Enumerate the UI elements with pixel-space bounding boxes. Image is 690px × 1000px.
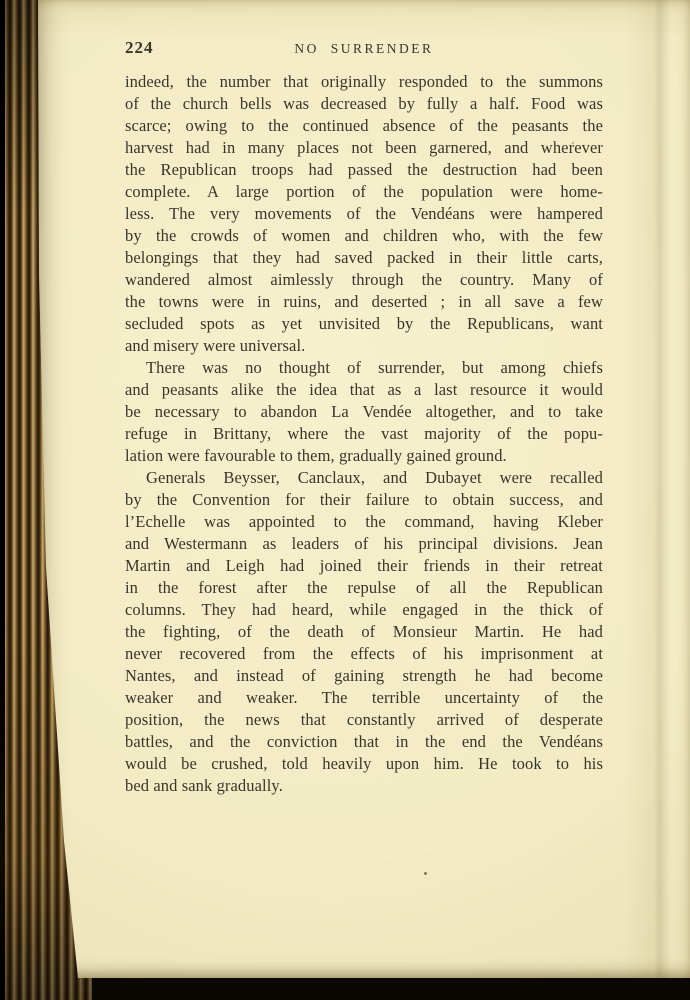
text-line: indeed, the number that originally respo… — [125, 71, 603, 93]
text-line: and misery were universal. — [125, 335, 603, 357]
text-line: and peasants alike the idea that as a la… — [125, 379, 603, 401]
text-line: would be crushed, told heavily upon him.… — [125, 753, 603, 775]
text-line: l’Echelle was appointed to the command, … — [125, 511, 603, 533]
text-line: scarce; owing to the continued absence o… — [125, 115, 603, 137]
text-line: never recovered from the effects of his … — [125, 643, 603, 665]
text-line: the Republican troops had passed the des… — [125, 159, 603, 181]
text-line: by the crowds of women and children who,… — [125, 225, 603, 247]
text-line: in the forest after the repulse of all t… — [125, 577, 603, 599]
text-line: and Westermann as leaders of his princip… — [125, 533, 603, 555]
text-line: battles, and the conviction that in the … — [125, 731, 603, 753]
text-line: refuge in Brittany, where the vast major… — [125, 423, 603, 445]
text-line: position, the news that constantly arriv… — [125, 709, 603, 731]
text-line: Nantes, and instead of gaining strength … — [125, 665, 603, 687]
text-line: the towns were in ruins, and deserted ; … — [125, 291, 603, 313]
page-text: indeed, the number that originally respo… — [125, 71, 603, 797]
paragraph: There was no thought of surrender, but a… — [125, 357, 603, 467]
text-line: less. The very movements of the Vendéans… — [125, 203, 603, 225]
text-line: harvest had in many places not been garn… — [125, 137, 603, 159]
paper-speck — [424, 872, 427, 875]
text-line: Generals Beysser, Canclaux, and Dubayet … — [125, 467, 603, 489]
text-line: weaker and weaker. The terrible uncertai… — [125, 687, 603, 709]
text-line: the fighting, of the death of Monsieur M… — [125, 621, 603, 643]
text-line: secluded spots as yet unvisited by the R… — [125, 313, 603, 335]
paragraph: Generals Beysser, Canclaux, and Dubayet … — [125, 467, 603, 797]
text-line: of the church bells was decreased by ful… — [125, 93, 603, 115]
text-line: bed and sank gradually. — [125, 775, 603, 797]
book-page: 224 NO SURRENDER indeed, the number that… — [36, 0, 690, 978]
text-line: There was no thought of surrender, but a… — [125, 357, 603, 379]
running-title: NO SURRENDER — [125, 41, 603, 57]
text-line: Martin and Leigh had joined their friend… — [125, 555, 603, 577]
text-line: lation were favourable to them, graduall… — [125, 445, 603, 467]
text-line: complete. A large portion of the populat… — [125, 181, 603, 203]
text-line: belongings that they had saved packed in… — [125, 247, 603, 269]
text-line: columns. They had heard, while engaged i… — [125, 599, 603, 621]
book-photo: 224 NO SURRENDER indeed, the number that… — [0, 0, 690, 1000]
text-line: be necessary to abandon La Vendée altoge… — [125, 401, 603, 423]
paragraph: indeed, the number that originally respo… — [125, 71, 603, 357]
text-line: wandered almost aimlessly through the co… — [125, 269, 603, 291]
paper-speck — [572, 142, 574, 144]
text-line: by the Convention for their failure to o… — [125, 489, 603, 511]
running-head: 224 NO SURRENDER — [125, 38, 603, 60]
